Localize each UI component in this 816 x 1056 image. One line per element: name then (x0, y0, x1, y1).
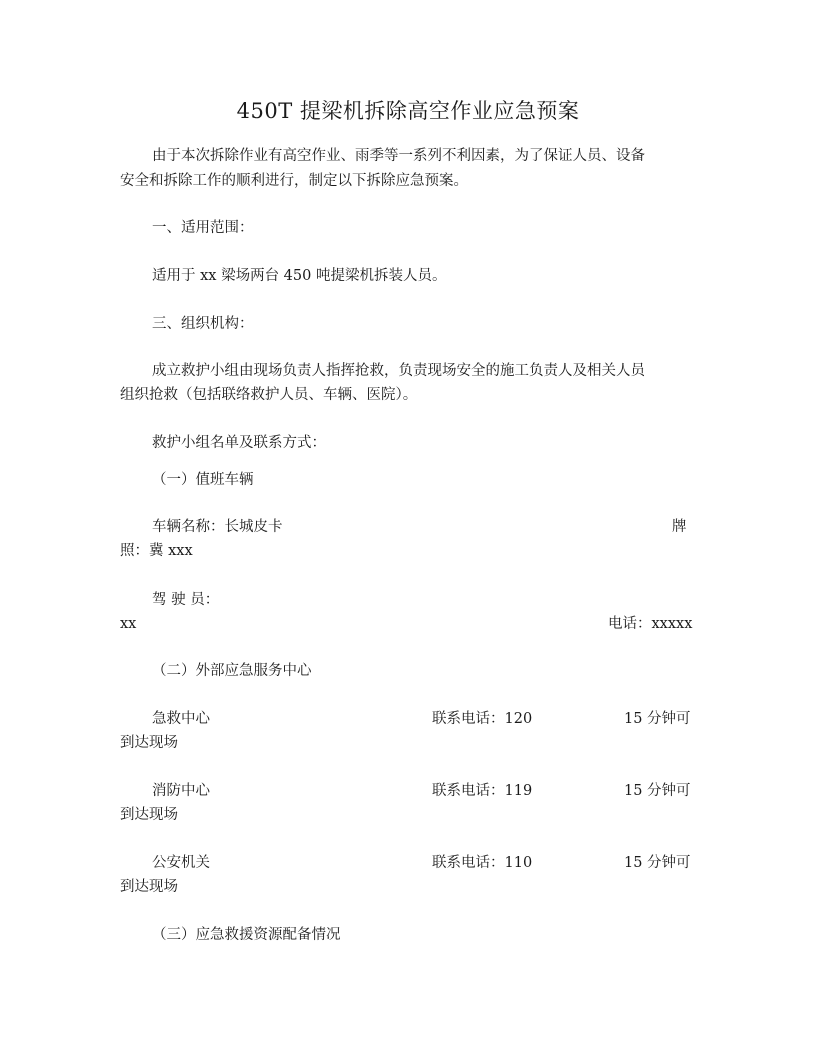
intro-line-2: 安全和拆除工作的顺利进行，制定以下拆除应急预案。 (120, 172, 468, 190)
external-services-heading: （二）外部应急服务中心 (152, 662, 312, 680)
service-eta-cont: 到达现场 (120, 734, 178, 752)
service-phone: 联系电话：110 (432, 854, 532, 872)
service-name: 消防中心 (152, 782, 210, 800)
plate-label-part1: 牌 (672, 518, 687, 536)
service-eta-cont: 到达现场 (120, 806, 178, 824)
section3-body-line-1: 成立救护小组由现场负责人指挥抢救，负责现场安全的施工负责人及相关人员 (152, 362, 645, 380)
section1-body: 适用于 xx 梁场两台 450 吨提梁机拆装人员。 (152, 267, 446, 285)
document-page: 450T 提梁机拆除高空作业应急预案 由于本次拆除作业有高空作业、雨季等一系列不… (0, 0, 816, 1056)
driver-label: 驾 驶 员： (152, 591, 219, 609)
plate-line-2: 照：冀 xxx (120, 542, 193, 560)
service-phone: 联系电话：120 (432, 710, 532, 728)
section1-heading: 一、适用范围： (152, 219, 254, 237)
duty-vehicle-heading: （一）值班车辆 (152, 471, 254, 489)
service-name: 公安机关 (152, 854, 210, 872)
section3-body-line-2: 组织抢救（包括联络救护人员、车辆、医院）。 (120, 386, 417, 404)
driver-phone: 电话：xxxxx (608, 615, 692, 633)
resources-heading: （三）应急救援资源配备情况 (152, 926, 341, 944)
service-phone: 联系电话：119 (432, 782, 532, 800)
rescue-team-list-title: 救护小组名单及联系方式： (152, 434, 326, 452)
section3-heading: 三、组织机构： (152, 315, 254, 333)
service-name: 急救中心 (152, 710, 210, 728)
service-eta: 15 分钟可 (624, 710, 691, 728)
service-eta-cont: 到达现场 (120, 878, 178, 896)
driver-name: xx (120, 615, 136, 633)
service-eta: 15 分钟可 (624, 782, 691, 800)
vehicle-name: 车辆名称：长城皮卡 (152, 518, 283, 536)
service-eta: 15 分钟可 (624, 854, 691, 872)
intro-line-1: 由于本次拆除作业有高空作业、雨季等一系列不利因素，为了保证人员、设备 (152, 147, 645, 165)
document-title: 450T 提梁机拆除高空作业应急预案 (0, 98, 816, 124)
